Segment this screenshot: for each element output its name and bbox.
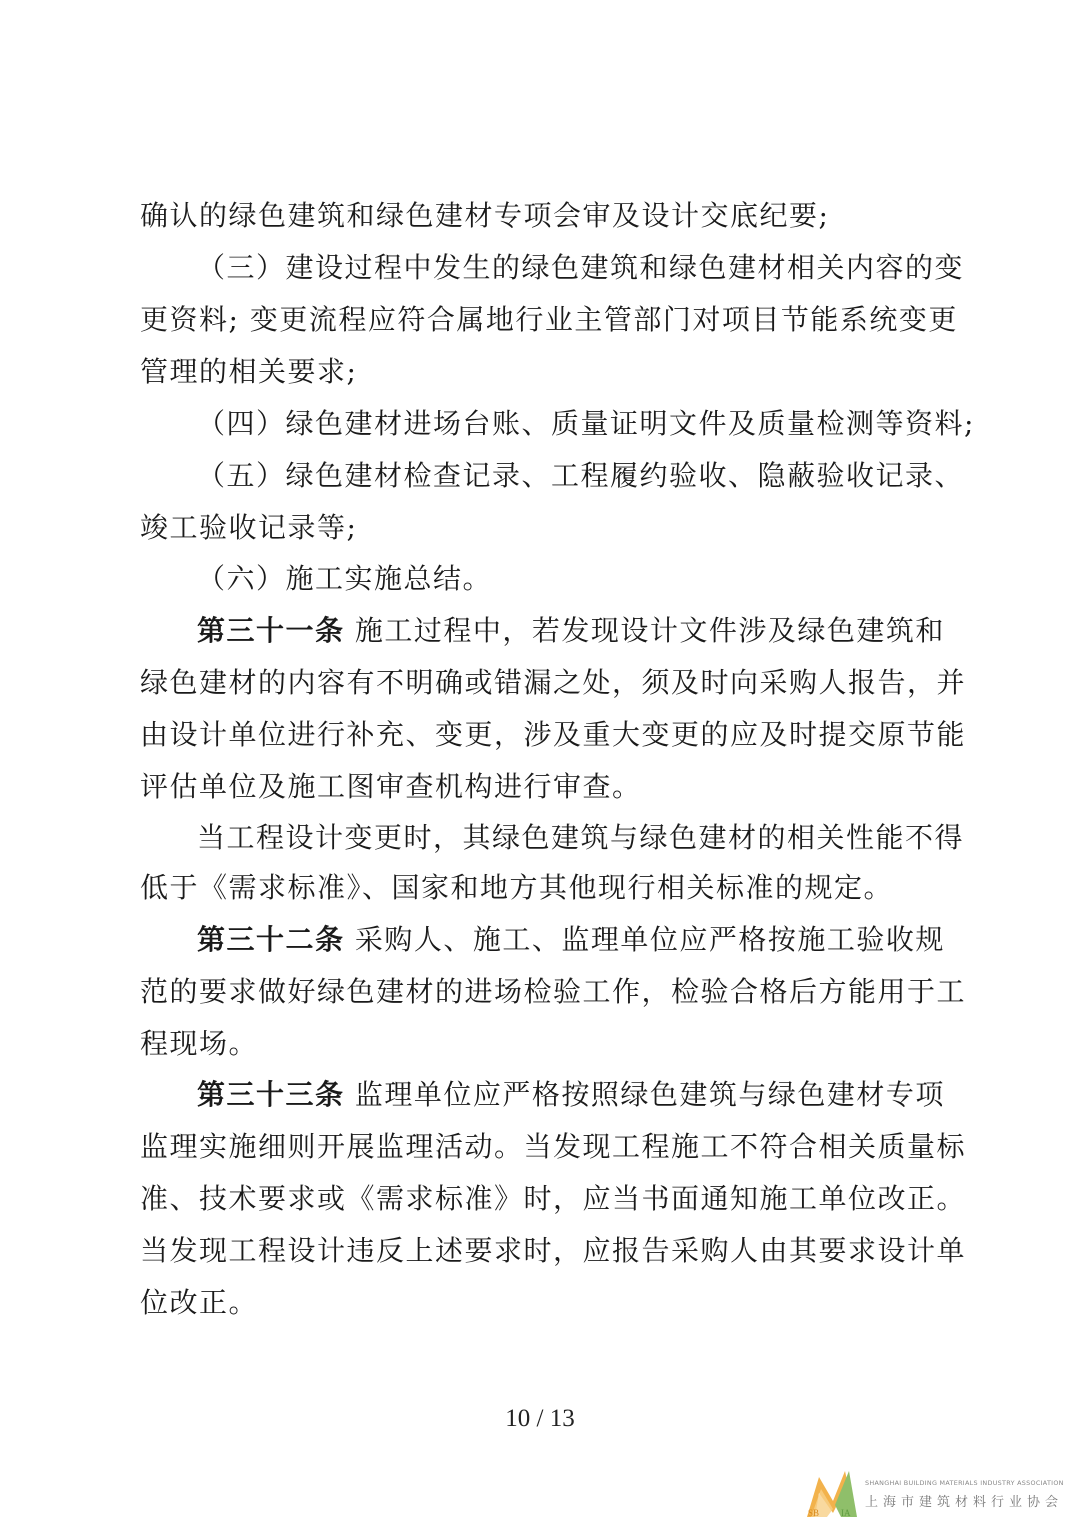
logo-chinese-name: 上海市建筑材料行业协会 — [865, 1491, 1063, 1510]
text-line: 准、技术要求或《需求标准》时，应当书面通知施工单位改正。 — [140, 1181, 940, 1217]
paragraph-design-change: 当工程设计变更时，其绿色建筑与绿色建材的相关性能不得 — [197, 820, 997, 856]
article-31-heading: 第三十一条 — [197, 614, 345, 647]
list-item-6: （六）施工实施总结。 — [197, 561, 997, 597]
text-line: 由设计单位进行补充、变更，涉及重大变更的应及时提交原节能 — [140, 717, 940, 753]
text-line: 低于《需求标准》、国家和地方其他现行相关标准的规定。 — [140, 870, 940, 906]
association-logo: SB IA SHANGHAI BUILDING MATERIALS INDUST… — [805, 1467, 1075, 1519]
article-33-first-line: 第三十三条 监理单位应严格按照绿色建筑与绿色建材专项 — [197, 1077, 997, 1113]
text-line: 当发现工程设计违反上述要求时，应报告采购人由其要求设计单 — [140, 1233, 940, 1269]
document-page: 确认的绿色建筑和绿色建材专项会审及设计交底纪要; （三）建设过程中发生的绿色建筑… — [0, 0, 1080, 1527]
article-33-text: 监理单位应严格按照绿色建筑与绿色建材专项 — [355, 1078, 945, 1111]
article-32-heading: 第三十二条 — [197, 923, 345, 956]
text-line: 确认的绿色建筑和绿色建材专项会审及设计交底纪要; — [140, 198, 940, 234]
text-line: 范的要求做好绿色建材的进场检验工作，检验合格后方能用于工 — [140, 974, 940, 1010]
svg-text:IA: IA — [841, 1508, 851, 1518]
list-item-3: （三）建设过程中发生的绿色建筑和绿色建材相关内容的变 — [197, 250, 997, 286]
sbmia-logo-icon: SB IA — [805, 1467, 857, 1519]
list-item-4: （四）绿色建材进场台账、质量证明文件及质量检测等资料; — [197, 406, 997, 442]
text-line: 更资料; 变更流程应符合属地行业主管部门对项目节能系统变更 — [140, 302, 940, 338]
text-line: 绿色建材的内容有不明确或错漏之处，须及时向采购人报告，并 — [140, 665, 940, 701]
text-line: 评估单位及施工图审查机构进行审查。 — [140, 769, 940, 805]
article-31-text: 施工过程中，若发现设计文件涉及绿色建筑和 — [355, 614, 945, 647]
text-line: 位改正。 — [140, 1285, 940, 1321]
article-31-first-line: 第三十一条 施工过程中，若发现设计文件涉及绿色建筑和 — [197, 613, 997, 649]
svg-text:SB: SB — [808, 1508, 819, 1518]
text-line: 监理实施细则开展监理活动。当发现工程施工不符合相关质量标 — [140, 1129, 940, 1165]
text-line: 管理的相关要求; — [140, 354, 940, 390]
list-item-5: （五）绿色建材检查记录、工程履约验收、隐蔽验收记录、 — [197, 458, 997, 494]
article-32-text: 采购人、施工、监理单位应严格按施工验收规 — [355, 923, 945, 956]
article-33-heading: 第三十三条 — [197, 1078, 345, 1111]
text-line: 程现场。 — [140, 1026, 940, 1062]
article-32-first-line: 第三十二条 采购人、施工、监理单位应严格按施工验收规 — [197, 922, 997, 958]
logo-english-name: SHANGHAI BUILDING MATERIALS INDUSTRY ASS… — [865, 1479, 1064, 1487]
text-line: 竣工验收记录等; — [140, 510, 940, 546]
page-number: 10 / 13 — [0, 1405, 1080, 1433]
